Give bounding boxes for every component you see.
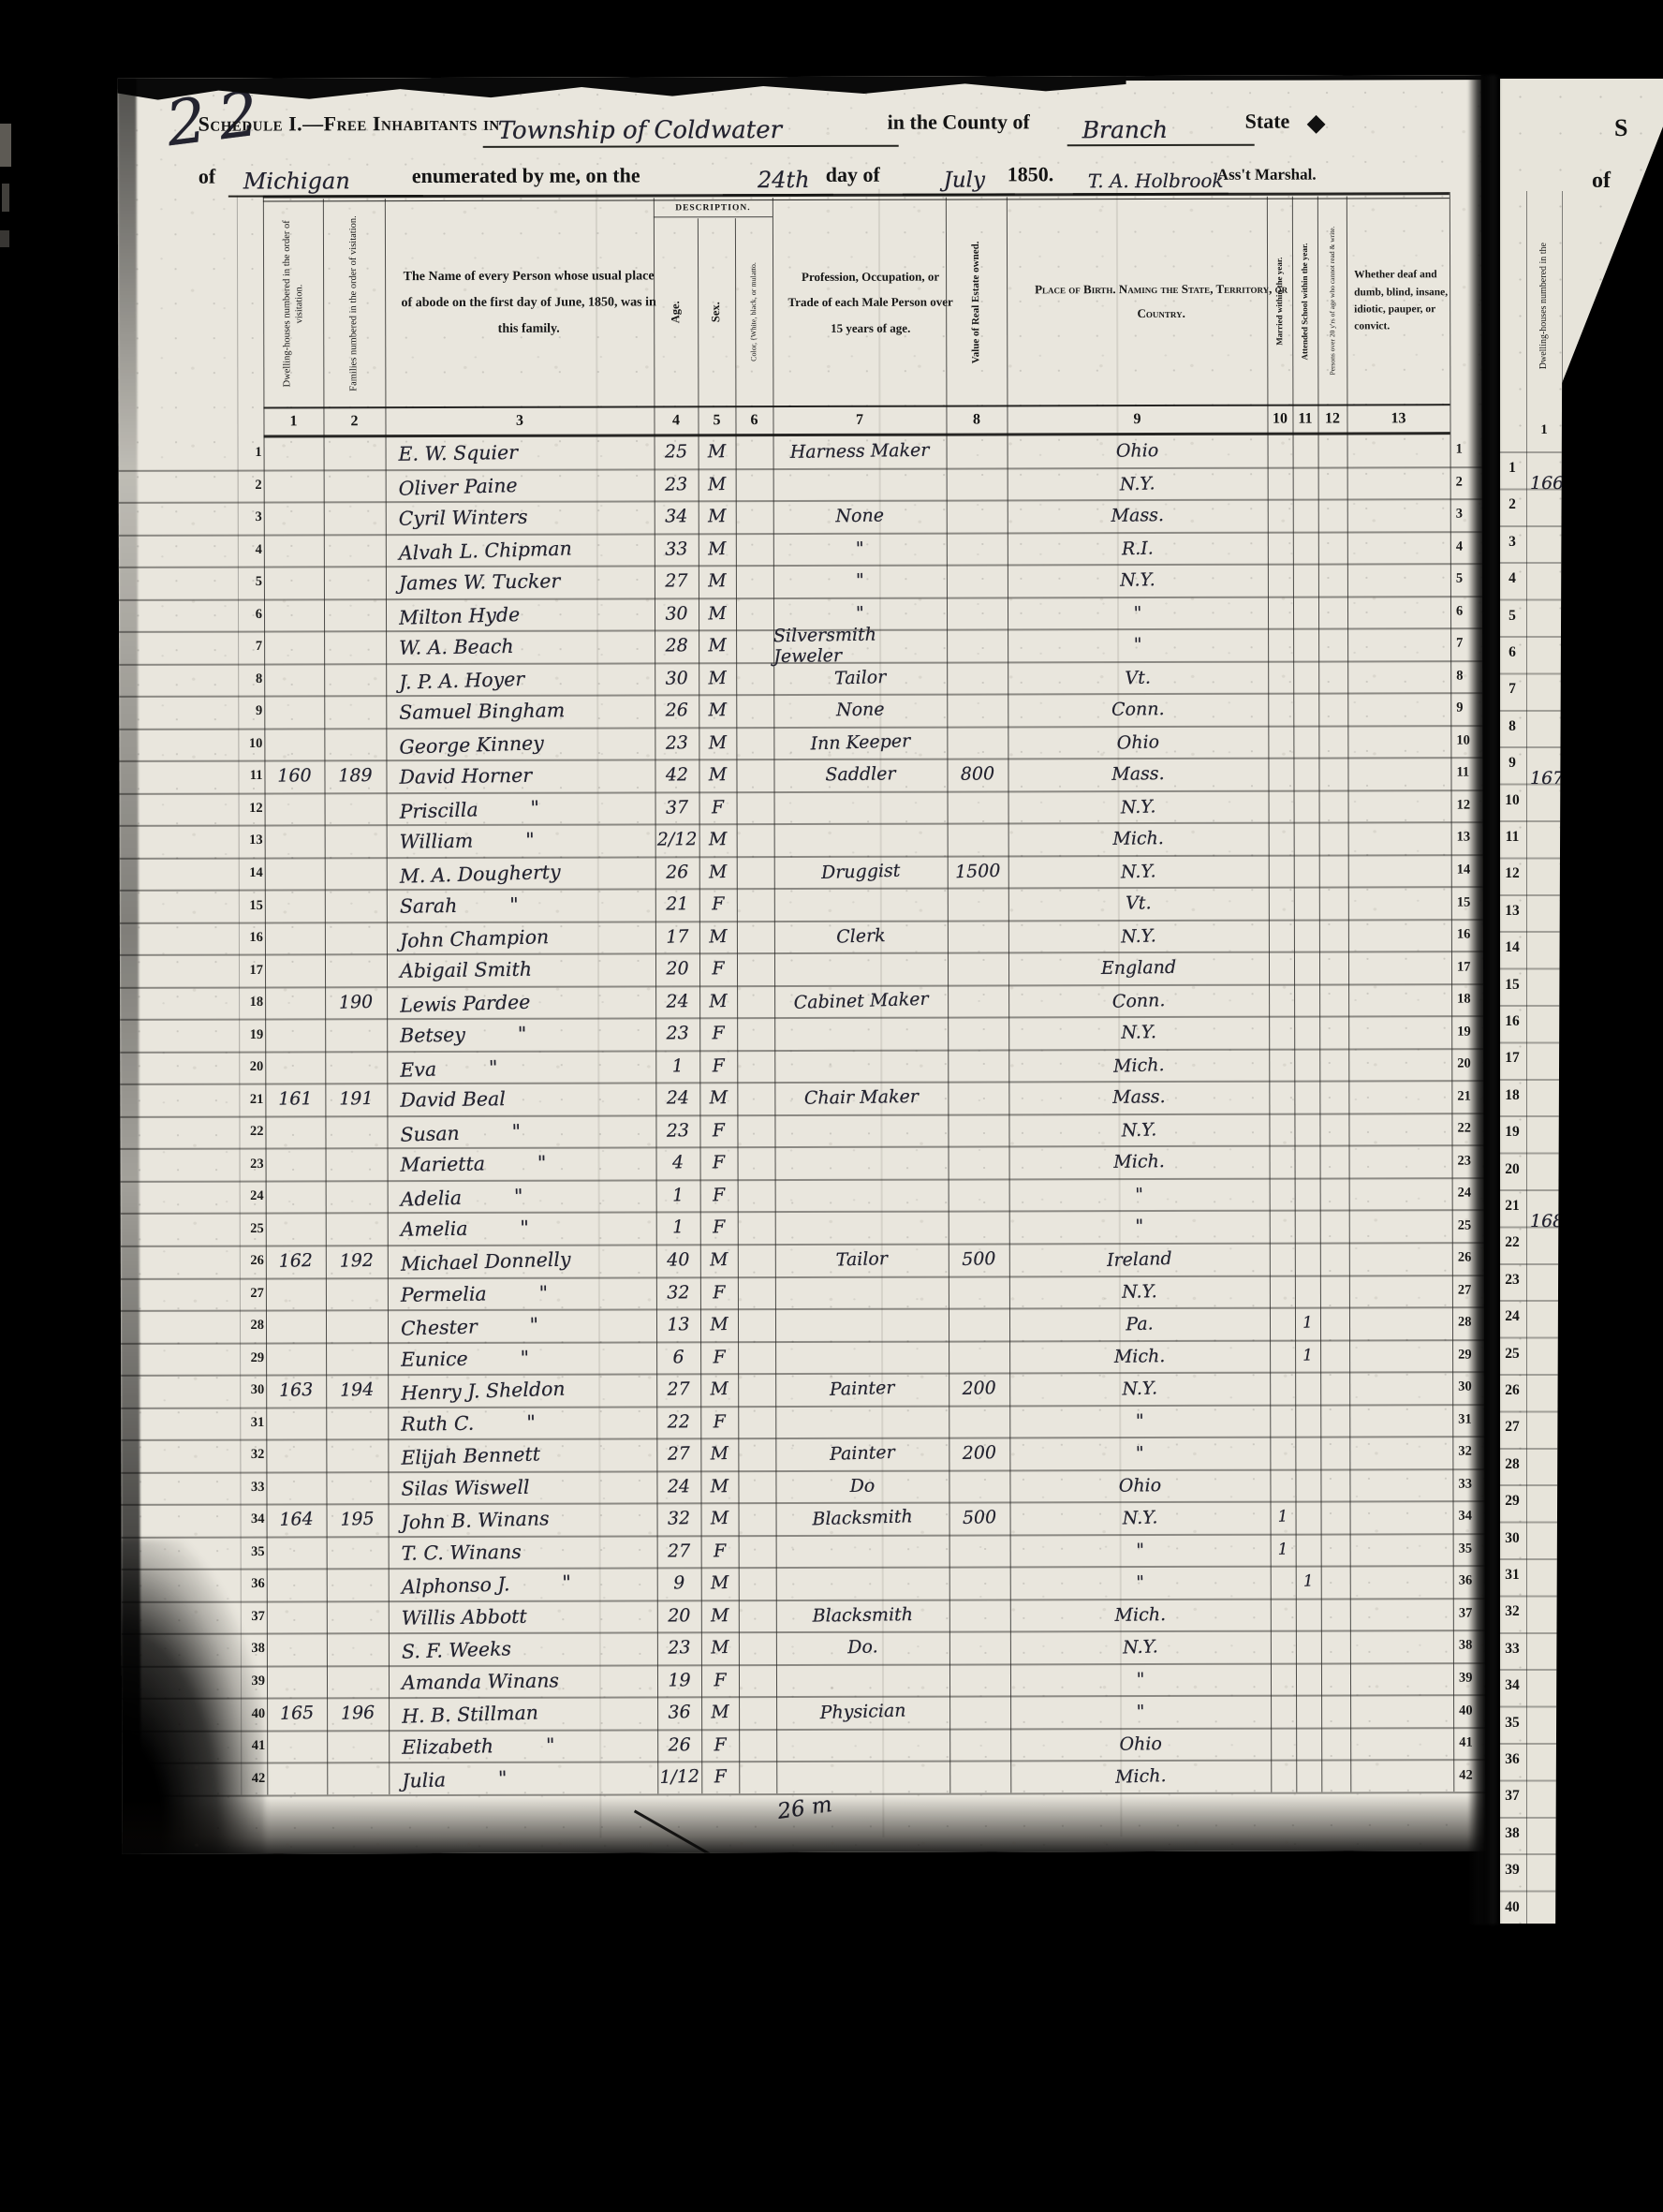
row-number-left: 31 [240,1415,264,1431]
next-page-row-number: 16 [1500,1013,1524,1030]
next-page-row-number: 7 [1500,681,1524,698]
row-number-left: 11 [238,768,262,784]
cell-occ: Do. [775,1629,949,1666]
page-edge-shadow [122,1794,1485,1854]
cell-sex: M [698,500,736,533]
row-number-left: 13 [239,833,263,848]
next-page-row-number: 3 [1500,534,1524,551]
next-page-row-number: 25 [1500,1346,1524,1363]
cell-val: 200 [949,1437,1010,1470]
cell-sex: F [700,1406,739,1438]
cell-dw: 164 [266,1503,327,1537]
cell-sex: M [700,1470,739,1503]
cell-age: 23 [656,1631,701,1665]
row-number-left: 1 [238,445,262,461]
cell-age: 1/12 [657,1761,702,1794]
cell-sex: F [699,1146,738,1179]
row-number-left: 16 [239,930,263,946]
state-blank: Michigan [228,153,423,198]
cell-sex: F [699,790,737,824]
next-page-row-number: 9 [1500,755,1524,772]
cell-sex: M [699,661,737,695]
ditto-mark: " [546,1733,555,1756]
cell-sex: M [699,920,737,953]
cell-sex: F [701,1761,740,1794]
state-word: State [1245,110,1290,134]
cell-sex: M [700,1567,739,1600]
cell-age: 1 [655,1050,700,1084]
next-page-row-number: 20 [1500,1161,1524,1178]
row-number-left: 14 [239,865,263,881]
cell-age: 32 [656,1276,701,1309]
cell-sex: M [699,855,737,889]
cell-sex: F [700,1276,739,1308]
cell-age: 24 [655,1082,700,1114]
cell-age: 37 [655,790,699,824]
next-page-row-number: 8 [1500,718,1524,735]
column-number: 7 [773,407,946,434]
column-number: 4 [654,407,698,434]
next-page-row-number: 33 [1500,1641,1524,1658]
next-page-row-number: 28 [1500,1456,1524,1473]
cell-occ: Inn Keeper [773,724,948,761]
cell-age: 34 [654,500,699,533]
census-scan: 22 Schedule I.—Free Inhabitants in Towns… [0,0,1663,2212]
cell-sex: M [700,1308,739,1342]
next-page-row-number: 14 [1500,939,1524,956]
next-page-row-number: 2 [1500,496,1524,513]
ditto-mark: " [514,1185,523,1207]
cell-age: 30 [655,661,699,695]
county-value: Branch [1082,116,1169,143]
cell-age: 23 [655,726,699,759]
next-page-dwelling-number: 166 [1530,473,1564,494]
ditto-mark: " [526,1411,536,1434]
month-value: July [944,168,985,192]
place-blank: Township of Coldwater [483,99,899,148]
next-page-row-number: 1 [1500,460,1524,477]
row-number-left: 15 [239,898,263,914]
next-page-row-number: 39 [1500,1862,1524,1879]
cell-sex: F [699,1211,738,1244]
column-header-3: The Name of every Person whose usual pla… [387,199,671,406]
cell-age: 1 [655,1211,700,1244]
next-page-row-number: 38 [1500,1825,1524,1842]
day-value: 24th [758,167,810,193]
cell-age: 36 [657,1696,702,1730]
cell-occ: Painter [775,1370,949,1408]
ditto-mark: " [520,1217,529,1239]
cell-occ: Painter [775,1435,949,1472]
row-number-left: 10 [238,736,262,752]
cell-name: E. W. Squier [385,435,667,471]
cell-val: 200 [949,1372,1010,1406]
next-page-row-number: 23 [1500,1272,1524,1289]
year-label: 1850. [1008,162,1054,186]
ditto-mark: " [562,1571,571,1594]
schedule-title: Schedule I.—Free Inhabitants in [199,111,500,137]
cell-val: 500 [948,1243,1009,1276]
cell-sex: M [698,435,736,468]
next-page-row-number: 24 [1500,1308,1524,1325]
cell-age: 33 [654,532,699,566]
cell-age: 23 [654,467,699,501]
column-header-4: Age. [655,218,697,406]
row-number-left: 27 [240,1286,264,1302]
cell-age: 28 [655,629,699,662]
place-value: Township of Coldwater [498,116,782,145]
column-header-7: Profession, Occupation, or Trade of each… [774,199,967,406]
cell-age: 40 [655,1244,700,1277]
column-number: 11 [1292,406,1317,433]
row-number-left: 23 [240,1157,264,1172]
column-header-10: Married within the year. [1269,199,1291,405]
ditto-mark: " [520,1347,529,1369]
cell-dw: 161 [265,1083,326,1115]
cell-age: 13 [656,1308,701,1342]
cell-occ: Silversmith Jeweler [773,628,947,663]
row-number-left: 29 [240,1350,264,1366]
cell-age: 22 [656,1406,701,1438]
cell-sex: M [699,726,737,759]
cell-occ: Physician [776,1693,950,1731]
cell-val: 500 [949,1501,1010,1535]
row-number-left: 20 [239,1059,263,1075]
cell-age: 2/12 [655,823,699,856]
film-speck [0,124,11,167]
next-page-row-number: 34 [1500,1677,1524,1694]
cell-sex: M [699,1244,738,1277]
cell-sex: F [699,1179,738,1213]
cell-sex: F [700,1535,739,1568]
next-page-fragment-of: of [1592,169,1611,194]
column-header-11: Attended School within the year. [1294,199,1317,405]
next-page-row-number: 6 [1500,644,1524,661]
row-number-left: 5 [238,574,262,590]
next-page-column-number: 1 [1526,418,1562,442]
column-header-8: Value of Real Estate owned. [948,199,1006,405]
cell-val: 800 [947,758,1008,790]
row-number-left: 33 [240,1480,264,1496]
cell-age: 23 [655,1017,700,1050]
month-blank: July [903,149,1015,195]
row-number-left: 26 [240,1253,264,1269]
column-header-2: Families numbered in the order of visita… [325,200,384,406]
next-page-sliver: S of Dwelling-houses numbered in the 1 1… [1500,79,1663,1924]
next-page-row-number: 22 [1500,1234,1524,1251]
row-number-left: 6 [238,607,262,623]
next-page-row-number: 37 [1500,1788,1524,1805]
next-page-row-number: 29 [1500,1493,1524,1510]
next-page-row-number: 4 [1500,570,1524,587]
ditto-mark: " [537,1152,547,1174]
next-page-row-number: 30 [1500,1530,1524,1547]
cell-occ: Tailor [773,659,948,697]
next-page-dwelling-number: 168 [1530,1211,1564,1231]
fleuron-icon: ◆ [1307,110,1326,138]
cell-age: 27 [656,1535,701,1568]
cell-age: 32 [656,1502,701,1536]
row-number-left: 18 [239,995,263,1010]
cell-fam: 189 [324,759,387,792]
cell-occ: Blacksmith [775,1499,949,1537]
next-page-row-number: 21 [1500,1198,1524,1215]
column-header-6: Color, {White, black, or mulatto. [737,218,772,406]
cell-sex: F [701,1729,740,1762]
cell-sex: F [699,888,738,921]
next-page-row-number: 26 [1500,1382,1524,1399]
cell-age: 30 [655,597,699,630]
torn-top-edge [1072,75,1481,81]
column-number: 12 [1317,406,1347,432]
row-number-left: 12 [239,801,263,817]
cell-age: 27 [656,1438,701,1471]
ditto-mark: " [518,1023,527,1045]
cell-sex: M [699,759,737,791]
cell-sch: 1 [1295,1565,1321,1598]
column-number: 13 [1347,406,1450,432]
cell-occ: " [773,564,947,598]
table-row: 4242Julia"1/12FMich. [122,1759,1485,1796]
county-blank: Branch [1067,98,1255,147]
next-page-row-number: 13 [1500,903,1524,920]
cell-sex: M [700,1438,739,1471]
ditto-mark: " [530,796,539,818]
cell-occ: Blacksmith [776,1598,949,1632]
cell-val: 1500 [947,854,1008,888]
grid-line [1562,191,1563,435]
cell-age: 23 [655,1114,700,1148]
cell-occ: None [773,498,947,533]
cell-age: 27 [656,1373,701,1407]
film-speck [2,184,9,212]
cell-age: 24 [655,985,700,1019]
column-number: 9 [1007,406,1267,434]
cell-fam: 196 [327,1697,390,1731]
next-page-row-number: 12 [1500,865,1524,882]
next-page-fragment-schedule: S [1614,114,1627,142]
cell-occ: Harness Maker [773,434,946,468]
cell-occ: Cabinet Maker [774,982,949,1020]
ditto-mark: " [525,829,535,851]
row-number-left: 4 [238,542,262,558]
cell-age: 4 [655,1146,700,1179]
day-of-label: day of [826,163,880,187]
day-blank: 24th [723,150,833,196]
cell-age: 27 [655,565,699,597]
cell-sex: M [699,597,737,630]
row-number-left: 19 [239,1027,263,1043]
marshal-label: Ass't Marshal. [1217,166,1317,184]
next-page-row-number: 32 [1500,1603,1524,1620]
cell-sch: 1 [1295,1306,1321,1339]
column-header-5: Sex. [699,218,734,406]
next-page-dwelling-number: 167 [1530,768,1564,789]
cell-born: Mich. [1010,1755,1333,1796]
cell-name: Cyril Winters [386,499,668,536]
ditto-mark: " [538,1281,548,1304]
row-number-left: 8 [238,671,262,687]
cell-fam: 195 [326,1502,389,1536]
cell-age: 26 [655,855,699,889]
film-speck [0,230,9,247]
row-number-left: 22 [239,1124,263,1140]
cell-occ: Tailor [774,1241,949,1278]
row-number-left: 2 [238,478,262,494]
cell-sex: M [699,629,737,662]
row-number-left: 34 [241,1512,265,1527]
cell-occ: Chair Maker [774,1081,948,1115]
cell-sex: M [701,1600,740,1632]
enumerated-label: enumerated by me, on the [412,163,640,188]
of-label: of [199,165,215,189]
cell-occ: Clerk [773,918,948,955]
cell-sex: M [698,467,736,501]
next-page-row-number: 27 [1500,1419,1524,1436]
cell-age: 21 [655,888,700,921]
row-number-left: 17 [239,963,263,979]
cell-fam: 190 [325,985,388,1019]
row-number-left: 28 [240,1318,264,1334]
binding-gutter [1468,75,1500,1924]
cell-dw: 165 [267,1697,328,1731]
cell-name: Michael Donnelly [387,1240,670,1280]
cell-age: 6 [656,1341,701,1374]
ditto-mark: " [489,1056,498,1079]
cell-age: 25 [654,435,699,468]
column-number: 5 [698,407,735,434]
cell-mar: 1 [1270,1500,1296,1533]
cell-age: 17 [655,920,699,953]
cell-age: 9 [656,1567,701,1600]
column-number: 2 [323,408,385,435]
cell-sex: F [701,1664,740,1697]
column-header-13: Whether deaf and dumb, blind, insane, id… [1348,198,1460,404]
cell-sex: M [700,1502,739,1536]
column-number: 6 [735,407,773,434]
column-number: 1 [263,408,323,435]
column-number: 10 [1267,406,1292,433]
ditto-mark: " [529,1314,538,1336]
row-number-left: 32 [240,1447,264,1463]
cell-name: Julia" [389,1758,671,1798]
cell-occ: " [773,530,947,568]
next-page-row-number: 18 [1500,1087,1524,1104]
cell-dw: 162 [265,1245,326,1278]
county-label: in the County of [888,110,1030,134]
grid-line [263,192,1450,198]
cell-age: 1 [655,1179,700,1213]
next-page-row-number: 10 [1500,792,1524,809]
cell-fam: 191 [325,1083,388,1115]
next-page-row-number: 40 [1500,1899,1524,1916]
row-number-left: 9 [238,703,262,719]
cell-sex: M [698,532,736,566]
description-group-label: DESCRIPTION. [654,199,773,217]
cell-age: 42 [655,759,699,791]
column-header-12: Persons over 20 y'rs of age who cannot r… [1319,198,1346,404]
cell-mar: 1 [1270,1533,1296,1566]
row-number-left: 30 [240,1382,264,1398]
cell-dw: 163 [266,1374,327,1408]
cell-sex: M [700,1631,739,1665]
cell-age: 24 [656,1470,701,1503]
next-page-row-number: 36 [1500,1751,1524,1768]
cell-occ: Druggist [773,853,948,891]
next-page-row-number: 35 [1500,1715,1524,1732]
cell-sex: M [700,1373,739,1407]
column-number: 3 [385,407,654,435]
cell-sex: F [699,1017,738,1050]
column-header-1: Dwelling-houses numbered in the order of… [265,200,322,406]
cell-age: 26 [655,694,699,727]
row-number-left: 7 [238,639,262,655]
next-page-row-number: 11 [1500,829,1524,846]
cell-age: 20 [655,952,700,985]
cell-sex: M [699,1082,738,1114]
cell-sex: M [701,1696,740,1730]
ditto-mark: " [509,893,519,916]
ditto-mark: " [511,1120,521,1143]
column-number: 8 [946,406,1007,433]
cell-sex: F [699,952,738,985]
cell-fam: 192 [325,1244,388,1277]
next-page-row-number: 5 [1500,608,1524,625]
marshal-signature: T. A. Holbrook [1088,170,1224,192]
next-page-row-number: 17 [1500,1050,1524,1067]
row-number-left: 25 [240,1221,264,1237]
cell-sex: M [699,565,737,597]
next-page-row-number: 19 [1500,1124,1524,1141]
cell-occ: Do [775,1468,949,1503]
state-value: Michigan [243,168,350,194]
row-number-left: 21 [239,1092,263,1108]
cell-sex: F [699,1114,738,1148]
cell-sex: M [699,984,738,1018]
cell-sex: M [699,823,737,856]
census-page: 22 Schedule I.—Free Inhabitants in Towns… [118,75,1486,1854]
cell-fam: 194 [326,1373,389,1407]
cell-sex: F [700,1340,739,1373]
signature-blank: T. A. Holbrook [1073,149,1229,195]
cell-occ: Saddler [773,758,947,792]
ditto-mark: " [498,1767,508,1790]
next-page-row-number: 31 [1500,1567,1524,1584]
cell-sex: F [699,1050,738,1084]
cell-name: Chester" [388,1305,670,1345]
row-number-left: 3 [238,509,262,525]
next-page-column-label: Dwelling-houses numbered in the [1526,199,1562,414]
cell-dw: 160 [264,759,325,792]
cell-occ: None [773,693,947,728]
cell-sex: M [699,694,737,727]
next-page-row-number: 15 [1500,977,1524,994]
row-number-left: 24 [240,1188,264,1204]
